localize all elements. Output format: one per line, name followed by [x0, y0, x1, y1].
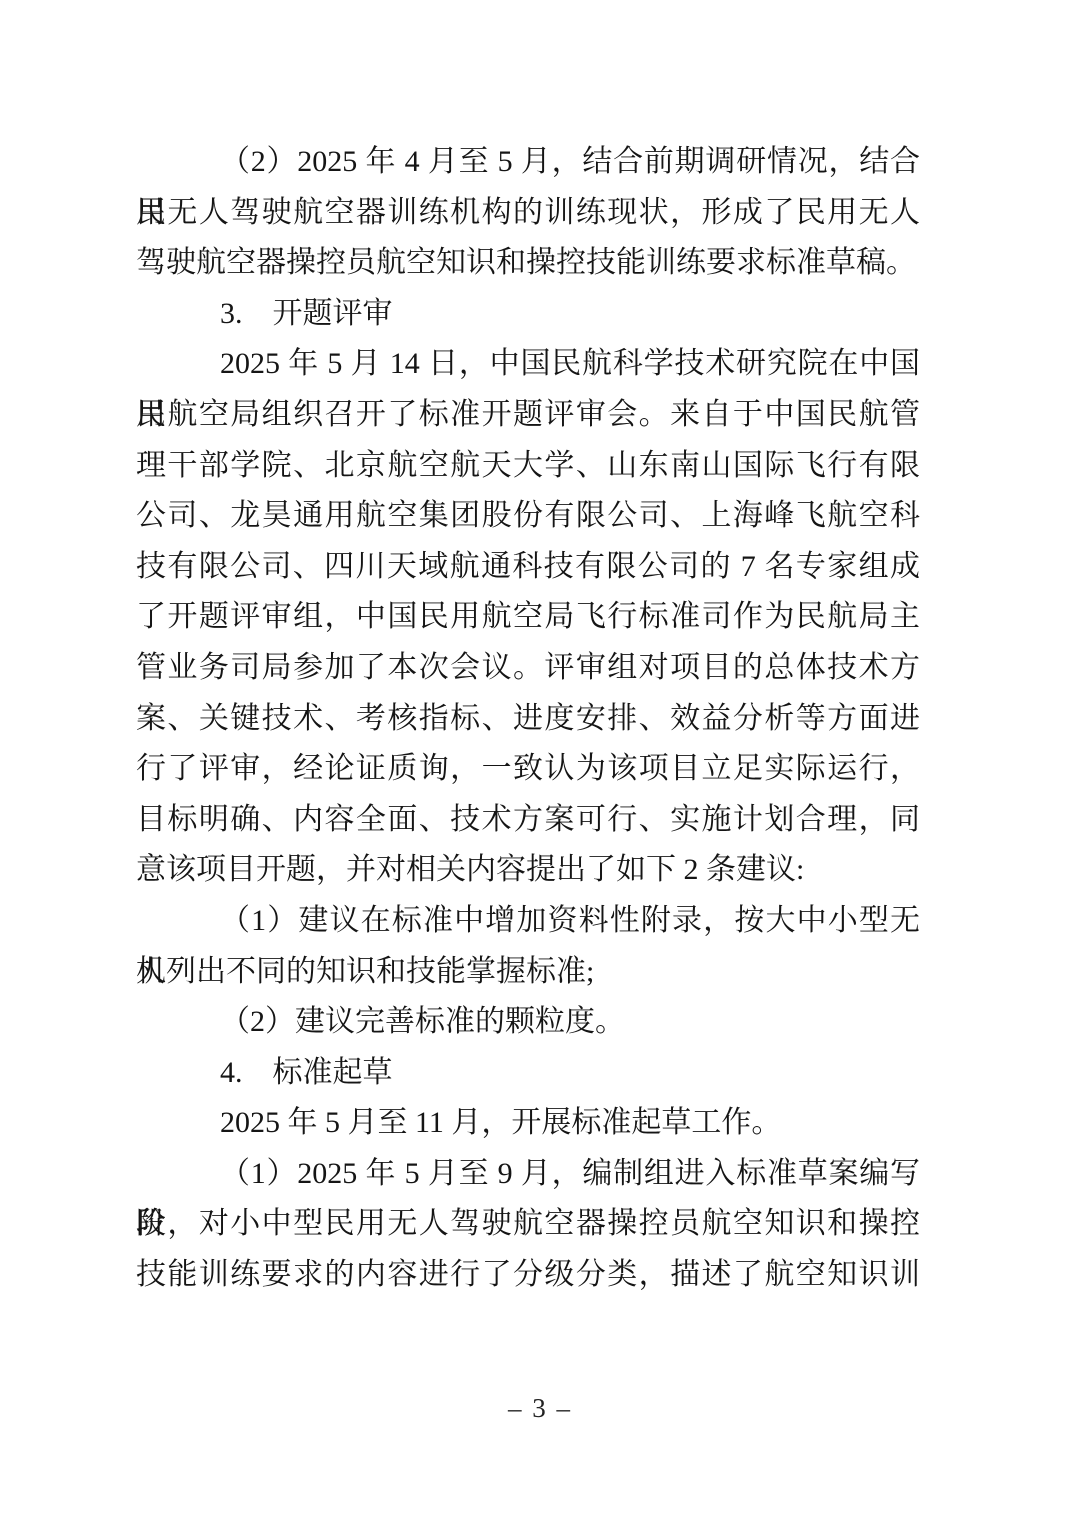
paragraph-line: 理干部学院、北京航空航天大学、山东南山国际飞行有限 — [136, 441, 920, 492]
paragraph-line: 2025 年 5 月至 11 月，开展标准起草工作。 — [136, 1098, 920, 1149]
paragraph-line: 用航空局组织召开了标准开题评审会。来自于中国民航管 — [136, 390, 920, 441]
list-item-line: （1）建议在标准中增加资料性附录，按大中小型无人 — [136, 896, 920, 947]
document-page: （2）2025 年 4 月至 5 月，结合前期调研情况，结合民 用无人驾驶航空器… — [0, 0, 1080, 1527]
section-heading: 4. 标准起草 — [136, 1048, 920, 1099]
paragraph-line: 技能训练要求的内容进行了分级分类，描述了航空知识训 — [136, 1250, 920, 1301]
section-heading: 3. 开题评审 — [136, 289, 920, 340]
paragraph-line: （2）2025 年 4 月至 5 月，结合前期调研情况，结合民 — [136, 137, 920, 188]
list-item-line: （2）建议完善标准的颗粒度。 — [136, 997, 920, 1048]
paragraph-line: 案、关键技术、考核指标、进度安排、效益分析等方面进 — [136, 694, 920, 745]
paragraph-line: 意该项目开题，并对相关内容提出了如下 2 条建议: — [136, 845, 920, 896]
page-number: – 3 – — [0, 1388, 1080, 1428]
document-body: （2）2025 年 4 月至 5 月，结合前期调研情况，结合民 用无人驾驶航空器… — [136, 137, 920, 1301]
paragraph-line: 段，对小中型民用无人驾驶航空器操控员航空知识和操控 — [136, 1199, 920, 1250]
paragraph-line: 行了评审，经论证质询，一致认为该项目立足实际运行， — [136, 744, 920, 795]
paragraph-line: 公司、龙昊通用航空集团股份有限公司、上海峰飞航空科 — [136, 491, 920, 542]
paragraph-line: 用无人驾驶航空器训练机构的训练现状，形成了民用无人 — [136, 188, 920, 239]
paragraph-line: 驾驶航空器操控员航空知识和操控技能训练要求标准草稿。 — [136, 238, 920, 289]
paragraph-line: 2025 年 5 月 14 日，中国民航科学技术研究院在中国民 — [136, 339, 920, 390]
paragraph-line: 技有限公司、四川天域航通科技有限公司的 7 名专家组成 — [136, 542, 920, 593]
paragraph-line: 管业务司局参加了本次会议。评审组对项目的总体技术方 — [136, 643, 920, 694]
paragraph-line: 了开题评审组，中国民用航空局飞行标准司作为民航局主 — [136, 592, 920, 643]
paragraph-line: 目标明确、内容全面、技术方案可行、实施计划合理，同 — [136, 795, 920, 846]
paragraph-line: （1）2025 年 5 月至 9 月，编制组进入标准草案编写阶 — [136, 1149, 920, 1200]
list-item-line: 机列出不同的知识和技能掌握标准; — [136, 947, 920, 998]
